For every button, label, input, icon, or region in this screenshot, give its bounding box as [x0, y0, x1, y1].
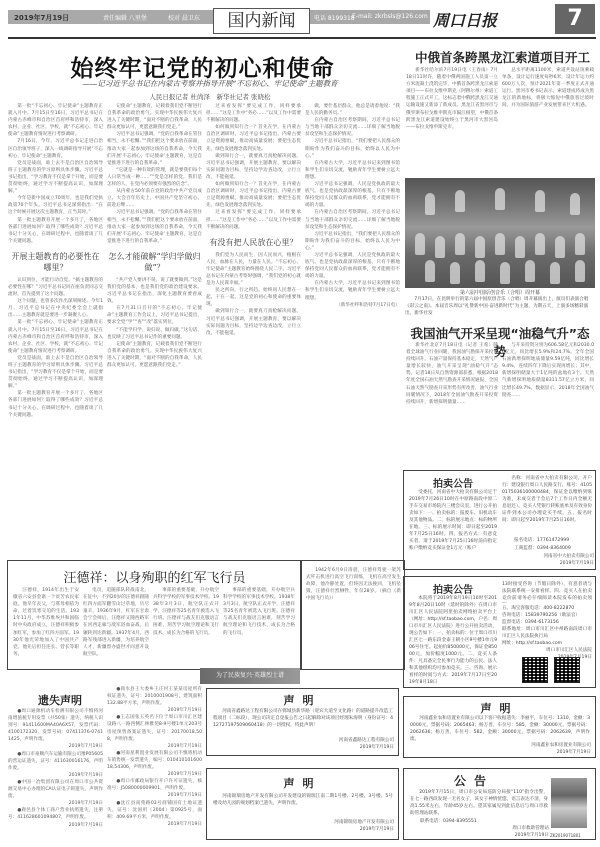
lost-notice-date: 2019年7月19日: [107, 792, 202, 799]
auction-signer: 周口市川汇区人民法院: [502, 647, 592, 654]
auction-notice-body: 受委托，河南省中大拍卖有限公司定于2019年7月26日10时在中原路南段中原二手…: [409, 489, 497, 567]
paragraph: 习近平总书记指出，“我们要把人民群众的期盼作为我们奋斗的目标，始终以人民为中心。…: [305, 138, 400, 159]
feature-column-4: 事部的重要基础，开办航空兵科学学校的军事技术学校。1938年3月3日，航空队正式…: [223, 587, 295, 667]
paragraph: 新华社北京7月18日电（记者 王希）随着全球油气行业回暖，我国油气勘探开采投资持…: [406, 342, 498, 406]
paragraph: 事部的重要基础，开办航空兵科学学校的军事技术学校。1938年3月3日，航空队正式…: [223, 587, 295, 637]
paragraph: 在内蒙古大学，习近平总书记来到图书馆和学生们亲切交流，勉励青年学生要树立远大理想…: [305, 280, 400, 301]
statement-notice-1: 声明 河南省鑫路达工程有限公司在郸城县新华路（迎宾大道至文化路）的道路提升改造工…: [206, 688, 399, 756]
announcement-title: 公告: [404, 772, 544, 789]
announcement-contact: 联系电话：0394-8395551: [420, 818, 540, 825]
paragraph: 在内蒙古自治区考察期间，习近平总书记与当地干部群众亲切交流……详细了解当地脱贫攻…: [305, 117, 400, 138]
lost-notices-column-1: ●周口通源机动车检测有限公司不慎将河南增值税专用发票（共50张）遗失，纳税人识别…: [8, 708, 103, 843]
paragraph: 第一批“不忘初心、牢记使命”主题教育正就入月中。7月15日至16日，习近平总书记…: [8, 319, 103, 354]
paragraph: 7月16日，今年，习近平总书记走进自治区自治领导班子，深入一线调研指导开展“不忘…: [8, 138, 103, 159]
lost-notice-item: ●周口市豪顺汽车运输有限公司豫P05605的营运证遗失，证号：411630016…: [8, 751, 103, 772]
paragraph: 在内蒙古大学，习近平总书记来到图书馆和学生们亲切交流，勉励青年学生要树立远大理想…: [305, 160, 400, 181]
feature-column-2: 电员，追随部队转战南北。在征中，不到20岁的汪德祥跟随红四方面军翻雪山过草地，历…: [83, 587, 149, 667]
paragraph: 如何做到知行合一？首先在学，在内蒙古自治区调研时，习近平总书记指出，内蒙古要立足…: [206, 124, 301, 152]
statement-body: 河南省鑫路达工程有限公司在郸城县新华路（迎宾大道至文化路）的道路提升改造工程项目…: [213, 708, 393, 736]
paragraph: 民之所向，行之所趋。始终同人民想在一起、干在一起，这是党的初心和使命的重要体现。: [206, 287, 301, 308]
paragraph: 总水平距离1100米，索道共设站顶乘载单条，设计运行速度每秒6米，设计年运力约6…: [502, 67, 594, 110]
oil-article-column-1: 新华社北京7月18日电（记者 王希）随着全球油气行业回暖，我国油气勘探开采投资持…: [406, 342, 498, 447]
paragraph: 记使命”主题教育，记载着我们党不断进行自我革命的政治勇气。实现中华民族伟大复兴进…: [107, 341, 202, 369]
lost-notice-item: ●王志国张玉英名下位于周口市川汇区建设路八一路西侧汇林雅苑8-9号楼1单元203…: [107, 714, 202, 742]
photo-caption-title: 第六届中国原创音乐（合唱）周开幕: [405, 289, 595, 296]
auction-supervision: 工商监督：0394-8364009: [514, 545, 594, 552]
feature-side-column: 1942年6月9日清晨，汪德祥驾驶一架苏式歼击机进行高空飞行训练，飞机在高空发生…: [306, 567, 401, 665]
paragraph: 这个问题，也曾多次作出深刻阐述。今年1月，习近平总书记在中央纪委全会上就指出………: [8, 298, 103, 319]
section-subheading: 怎么才能破解“学归学做归做”？: [107, 251, 202, 273]
header-date: 2019年7月19日: [14, 13, 69, 23]
statement-signer: 河南省鑫路达工程有限公司: [287, 737, 394, 744]
lost-notice-date: 2019年7月19日: [107, 707, 202, 714]
statement-title: 声明: [207, 692, 398, 708]
paragraph: 过来看发挥“要完成工作，同样要承担……”这是工作中“务必……”以及工作中需要不断…: [206, 209, 301, 230]
paragraph: 做，要什基层群众，他总是请着他说：“我是人民的勤务员。”: [305, 103, 400, 117]
lost-notice-item: ●中国一冶集团有限公司在周口市公共资源交易中心办理的CA认证电子锁遗失，声明作废…: [8, 779, 103, 800]
header-proof: 校对 晨卫东: [168, 13, 200, 22]
auction-notice-1: 拍卖公告 受委托，河南省中大拍卖有限公司定于2019年7月26日10时在中原路南…: [403, 470, 596, 570]
oil-article-column-2: 与开采投资分别为606.58亿元和2030.06亿元，同比增长5.9%和24.7…: [502, 342, 594, 447]
feature-article-title: 汪德祥：以身殉职的红军飞行员: [8, 567, 301, 586]
auction-notice-body: 本院将于2019年8月19日10时至2019年8月20日10时（延时的除外）在周…: [409, 595, 497, 685]
lost-notice-item: ●鹿邑县个体工商户营业执照遗失，注册号：411628601094807，声明作废…: [8, 807, 103, 821]
right-article-column-1: 新华社哈尔滨7月19日电（王春雨）7月18日11时许，随着中俄两国施工人员第一立…: [406, 67, 498, 175]
lost-notices-column-2: ●商水县王大娄乡王庄村王某某房屋所有权证遗失，证号：2010001908号，建筑…: [107, 686, 202, 843]
paragraph: 党员是战面，谁上去不是自治区自治领导班子主题教育的学习原则具体步骤。习近平总书记…: [8, 355, 103, 390]
statement-date: 2019年7月19日: [484, 749, 591, 756]
paragraph: 汪德祥，1914年出生于安徽省六安县金寨一个贫苦农民家庭。他早年丧父，与寡母相依…: [13, 587, 79, 658]
feature-article-box: 汪德祥：以身殉职的红军飞行员 汪德祥，1914年出生于安徽省六安县金寨一个贫苦农…: [7, 560, 302, 670]
section-subheading: 有没有把人民放在心里？: [206, 237, 301, 248]
page-header: 2019年7月19日 责任编辑 八里堡 校对 晨卫东 国内新闻 电话 81993…: [0, 0, 600, 40]
announcement-body: 2019年7月15日，周口市公安局巡防分局接“110”指令出警，在七一路西段发现…: [410, 789, 548, 817]
announcement-code: ZK2019071801: [550, 832, 595, 839]
paragraph: “共产党人要讲不误、说了就要做到。”这是我们党的基本，也是我们党的政治建设要求。…: [107, 277, 202, 305]
article-dateline: （新华社呼和浩特7月17日电）: [305, 302, 400, 309]
main-article-column-4: 做，要什基层群众，他总是请着他说：“我是人民的勤务员。” 在内蒙古自治区考察期间…: [305, 103, 400, 550]
paragraph: 记使命”主题教育，记载着我们党不断进行自我革命的政治勇气。实现中华民族伟大复兴进…: [107, 103, 202, 131]
lost-notice-item: ●沈丘县南苑路03号商铺国有土地证遗失，证号：沈国用（2004）第0925号，面…: [107, 800, 202, 821]
paragraph: “不能学归学、说归说、做归做。”这句话，也反映了习近平总书记作的重要问题。: [107, 327, 202, 341]
header-email: E-mail: zkrbsls@126.com: [352, 13, 428, 20]
feature-banner: 为了民族复兴·英雄烈士谱: [200, 668, 300, 684]
paragraph: 习近平总书记强调，人民是党执政的最大底气。也是党执政最深厚的根基。只有不断地保持…: [305, 252, 400, 280]
paragraph: 习近平总书记指出，“我们要把人民群众的期盼作为我们奋斗的目标，始终以人民为中心。…: [305, 231, 400, 252]
section-subheading: 开展主题教育的必要性在哪里？: [8, 251, 103, 273]
main-article-subtitle: ——记习近平总书记在内蒙古考察并指导开展“不忘初心、牢记使命”主题教育: [30, 78, 390, 89]
statement-notice-3: 声明 河南鑫业农和房置业有限公司以下客户收据遗失：李丽平，车位号：1310，金额…: [403, 696, 596, 758]
auction-contact-2: 咨询电话：15839790256（耿法官）: [502, 612, 592, 619]
statement-signer: 河南鑫业农和房置业有限公司: [484, 742, 591, 749]
paragraph: 与开采投资分别为606.58亿元和2030.06亿元，同比增长5.9%和24.7…: [502, 342, 594, 399]
newspaper-logo: 周口日报: [433, 8, 497, 31]
header-left-bar: 2019年7月19日 责任编辑 八里堡 校对 晨卫东: [8, 10, 213, 24]
right-article-column-2: 总水平距离1100米，索道共设站顶乘载单条，设计运行速度每秒6米，设计年运力约6…: [502, 67, 594, 175]
announcement-date: 2019年7月19日: [464, 832, 549, 839]
qr-code-icon[interactable]: [522, 657, 548, 683]
feature-side-box: 1942年6月9日清晨，汪德祥驾驶一架苏式歼击机进行高空飞行训练，飞机在高空发生…: [300, 560, 405, 670]
header-editor: 责任编辑 八里堡: [103, 13, 147, 22]
paragraph: 做到知行合一，就要真刀真枪解决问题。习近平总书记强调，开展主题教育，要以解决实际…: [206, 308, 301, 336]
paragraph: 新华社哈尔滨7月19日电（王春雨）7月18日11时许，随着中俄两国施工人员第一立…: [406, 67, 498, 131]
paragraph: “它就是一种有效的管理，就是要我们每个人日常当成一种……”“党是怎样的党，我们是…: [107, 167, 202, 188]
lost-notice-date: 2019年7月19日: [8, 800, 103, 807]
paragraph: 第一批主题教育开展一个多月了，各地区各部门进展如何？取得了哪些成效？习近平总书记…: [8, 390, 103, 418]
lost-notice-item: ●周口市邮政局银行开户许可证遗失，核准号：J5080000009901，声明作废…: [107, 778, 202, 792]
lost-notice-date: 2019年7月19日: [8, 743, 103, 750]
lost-notice-date: 2019年7月19日: [8, 822, 103, 829]
main-article-byline: 人民日报记者 杜尚泽 新华社记者 张晓松: [60, 92, 360, 101]
main-article-column-3: 过来看发挥“要完成工作，同样要承担……”这是工作中“务必……”以及工作中需要不断…: [206, 103, 301, 550]
paragraph: 过来看发挥“要完成工作，同样要承担……”这是工作中“务必……”以及工作中需要不断…: [206, 103, 301, 124]
paragraph: 党员是战面，谁上去不是自治区自治领导班子主题教育的学习原则具体步骤。习近平总书记…: [8, 160, 103, 195]
paragraph: 第一批“不忘初心、牢记使命”主题教育正就入月中。7月15日至16日，习近平总书记…: [8, 103, 103, 138]
statement-date: 2019年7月19日: [287, 744, 394, 751]
paragraph: 我们党为人民而生，因人民而兴，植根在人民，血脉在人民，力量在人民。“不忘初心、牢…: [206, 252, 301, 287]
auction-contact-1: 五、淘宝客服电话：400-8222870: [502, 605, 592, 612]
paragraph: 习近平总书记强调，“党的自我革命在管住相当，永不松懈。”“我们把这个要求放在前面…: [107, 209, 202, 244]
statement-title: 声明: [207, 775, 398, 791]
news-photo-choir: [405, 178, 595, 288]
statement-date: 2019年7月19日: [287, 826, 394, 833]
announcement-signer: 周口市救助管理站: [464, 825, 549, 832]
main-article-column-2: 记使命”主题教育，记载着我们党不断进行自我革命的政治勇气。实现中华民族伟大复兴进…: [107, 103, 202, 550]
header-divider: [8, 37, 596, 39]
lost-notice-date: 2019年7月19日: [107, 771, 202, 778]
paragraph: 习近平总书记强调，“党的自我革命在管住相当，永不松懈。”“我们把这个要求放在前面…: [107, 131, 202, 166]
lost-notice-item: ●商水县王大娄乡王庄村王某某房屋所有权证遗失，证号：2010001908号，建筑…: [107, 686, 202, 707]
paragraph: 电员，追随部队转战南北。在征中，不到20岁的汪德祥跟随红四方面军翻雪山过草地，历…: [83, 587, 149, 658]
feature-column-3: 事部的重要基础，开办航空兵科学学校的军事技术学校。1938年3月3日，航空队正式…: [153, 587, 219, 667]
auction-address: 联系地址：周口市川汇区中州路南段周口市川汇区人民法院执行局: [502, 626, 592, 640]
right-article-title: 中俄首条跨黑龙江索道项目开工: [410, 48, 595, 66]
section-title: 国内新闻: [213, 8, 310, 34]
paragraph: 第一批主题教育开展一个多月了，各地区各部门进展如何？取得了哪些成效？习近平总书记…: [8, 217, 103, 245]
auction-notice-body-2: 名称：河南省中大拍卖有限公司，开户行：建设银行周口人民路支行，账号：410501…: [502, 475, 592, 535]
paragraph: 事部的重要基础，开办航空兵科学学校的军事技术学校。1938年3月3日，航空队正式…: [153, 587, 219, 637]
paragraph: 如何做到知行合一？首先在学，在内蒙古自治区调研时，习近平总书记指出，内蒙古要立足…: [206, 181, 301, 209]
statement-body: 河南鑫业农和房置业有限公司以下客户收据遗失：李丽平，车位号：1310，金额：30…: [410, 715, 590, 741]
header-right-bar: 电话 8199318 E-mail: zkrbsls@126.com: [310, 10, 430, 24]
auction-date: 2019年7月19日: [514, 560, 594, 567]
paragraph: 1942年6月9日清晨，汪德祥驾驶一架苏式歼击机进行高空飞行训练，飞机在高空发生…: [306, 567, 401, 602]
lost-notice-item: ●周口通源机动车检测有限公司不慎将河南增值税专用发票（共50张）遗失，纳税人识别…: [8, 708, 103, 743]
auction-signer: 河南省中大拍卖有限公司: [514, 553, 594, 560]
statement-title: 声明: [404, 700, 595, 716]
page-number: 7: [555, 4, 595, 34]
paragraph: 在7月31日召开的“不忘初心、牢记使命”主题教育工作会议上，习近平总书记提出，要…: [107, 305, 202, 326]
lost-notice-date: 2019年7月19日: [107, 743, 202, 750]
statement-signer: 河南锦瑞房地产开发有限公司: [287, 819, 394, 826]
photo-caption: 7月17日，在昆明举行的第六届中国原创音乐（合唱）周开幕演出上，演员们表演合唱《…: [405, 296, 595, 317]
paragraph: 做到知行合一，就要真刀真枪解决问题。习近平总书记强调，开展主题教育，要以解决实际…: [206, 153, 301, 181]
statement-notice-2: 声明 河南锦瑞房地产开发有限公司开发建设的锦瑞江南二期1号楼、2号楼、3号楼、5…: [206, 768, 399, 840]
main-article-column-1: 第一批“不忘初心、牢记使命”主题教育正就入月中。7月15日至16日，习近平总书记…: [8, 103, 103, 550]
paragraph: 习近平总书记强调，人民是党执政的最大底气。也是党执政最深厚的根基。只有不断地保持…: [305, 181, 400, 209]
lost-notice-date: 2019年7月19日: [107, 821, 202, 828]
auction-notice-title: 拍卖公告: [409, 475, 497, 490]
lost-notice-item: ●河南星利置业发展有限公司不慎将机动车销售统一发票遗失，编号：010410101…: [107, 750, 202, 771]
lost-notice-title: 遗失声明: [20, 692, 100, 708]
missing-person-photo: [551, 778, 587, 828]
feature-column-1: 汪德祥，1914年出生于安徽省六安县金寨一个贫苦农民家庭。他早年丧父，与寡母相依…: [13, 587, 79, 667]
auction-phone: 报名电话：17761472999: [514, 537, 594, 544]
auction-contact-3: 监督电话：0394-6173156: [502, 619, 592, 626]
auction-notice-body-2: 13时接受咨询（节假日除外），有意者请与法院联系统一安排看样。四、竞买人在拍卖竞…: [502, 581, 592, 603]
statement-body: 河南锦瑞房地产开发有限公司开发建设的锦瑞江南二期1号楼、2号楼、3号楼、5号楼及…: [213, 793, 393, 811]
header-phone: 电话 8199318: [314, 13, 355, 22]
paragraph: 今年是新中国成立70周年，也是我们党执政第70个年头。习近平总书记深刻指出：“在…: [8, 195, 103, 216]
auction-website: 网址：http://sf.taobao.com: [502, 640, 592, 647]
paragraph: 认识到位，才能行动自觉。“搞主题教育的必要性在哪？”习近平总书记同在座负责同志交…: [8, 277, 103, 298]
paragraph: 从内蒙古50年前在党的政治中共产党员成立、大会百年历史上，中国共产党坚守初心、前…: [107, 188, 202, 209]
auction-notice-2: 拍卖公告 本院将于2019年8月19日10时至2019年8月20日10时（延时的…: [403, 576, 596, 688]
lost-notice-date: 2019年7月19日: [8, 772, 103, 779]
paragraph: 在内蒙古自治区考察期间，习近平总书记与当地干部群众亲切交流……详细了解当地脱贫攻…: [305, 209, 400, 230]
qr-code-icon[interactable]: [554, 657, 580, 683]
auction-notice-title: 拍卖公告: [409, 581, 497, 596]
